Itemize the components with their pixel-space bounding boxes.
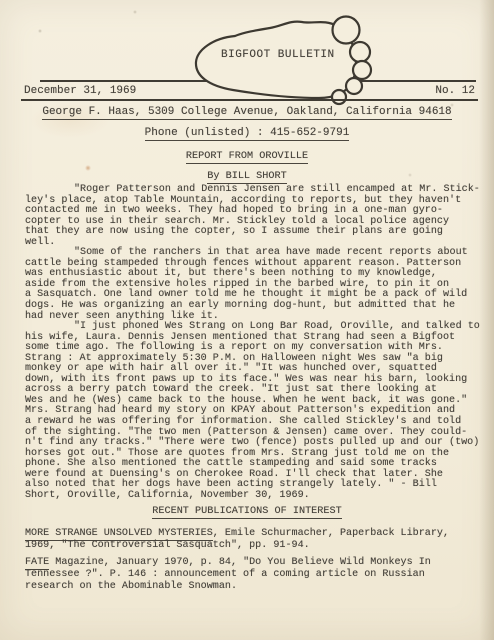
article-byline: By BILL SHORT [207,171,286,184]
publications-title-row: RECENT PUBLICATIONS OF INTEREST [0,506,494,517]
issue-date: December 31, 1969 [24,85,136,98]
publication-item: MORE STRANGE UNSOLVED MYSTERIES, Emile S… [25,528,486,552]
body-paragraph: "I just phoned Wes Strang on Long Bar Ro… [25,322,486,501]
body-paragraph: "Some of the ranchers in that area have … [25,248,486,322]
article-body: "Roger Patterson and Dennis Jensen are s… [25,185,486,501]
article-title-row: REPORT FROM OROVILLE [0,151,494,162]
body-paragraph: "Roger Patterson and Dennis Jensen are s… [25,185,486,248]
publication-item: FATE Magazine, January 1970, p. 84, "Do … [25,557,486,593]
issue-number: No. 12 [435,85,475,98]
publication-text: Magazine, January 1970, p. 84, "Do You B… [25,557,431,592]
publications-title: RECENT PUBLICATIONS OF INTEREST [152,506,342,519]
publisher-row: George F. Haas, 5309 College Avenue, Oak… [0,106,494,118]
logo-text: BIGFOOT BULLETIN [221,49,335,61]
masthead-date-row: December 31, 1969 No. 12 [21,85,478,101]
phone-line: Phone (unlisted) : 415-652-9791 [145,127,350,141]
article-byline-row: By BILL SHORT [0,171,494,182]
newsletter-page: BIGFOOT BULLETIN December 31, 1969 No. 1… [0,0,494,640]
publications-list: MORE STRANGE UNSOLVED MYSTERIES, Emile S… [25,528,486,598]
article-title: REPORT FROM OROVILLE [186,151,308,164]
publisher-line: George F. Haas, 5309 College Avenue, Oak… [42,106,451,120]
phone-row: Phone (unlisted) : 415-652-9791 [0,127,494,139]
